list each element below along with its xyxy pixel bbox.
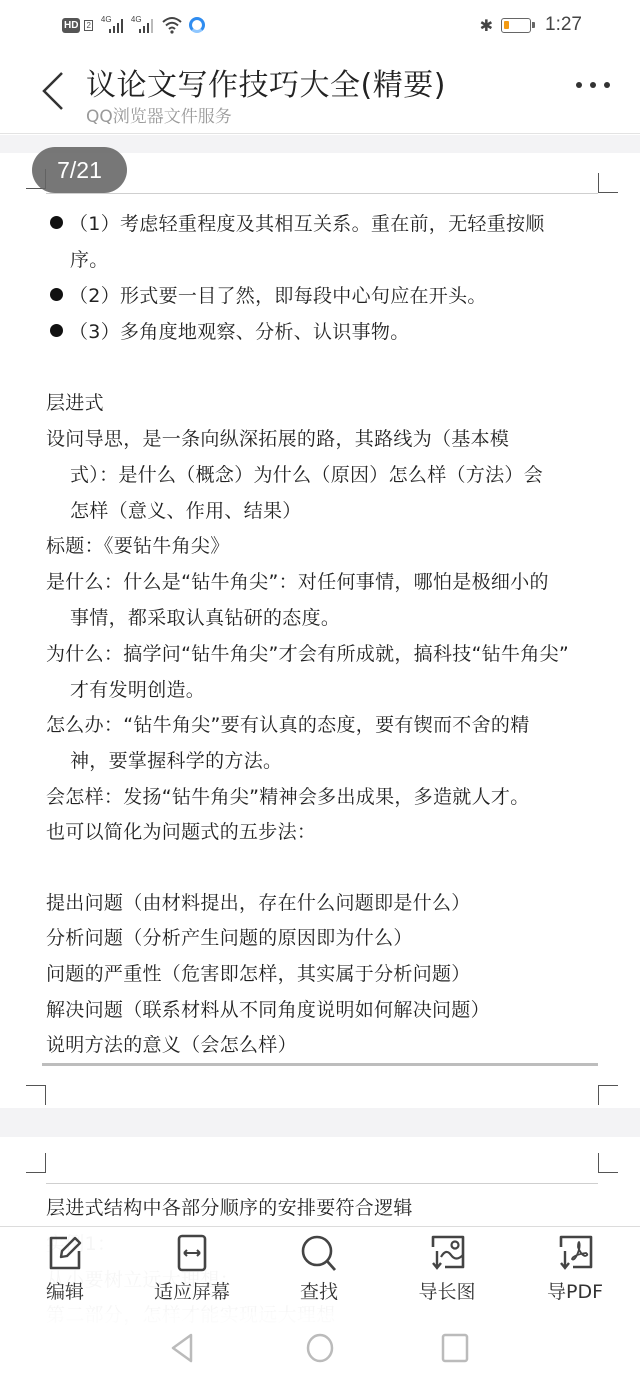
step-line: 解决问题（联系材料从不同角度说明如何解决问题） (46, 995, 490, 1022)
hd-icon: HD (62, 18, 80, 33)
export-pdf-button[interactable]: 导PDF (520, 1233, 630, 1304)
step-line: 分析问题（分析产生问题的原因即为什么） (46, 923, 413, 950)
fit-screen-icon (172, 1233, 212, 1273)
status-bar: HD 2 4G 4G ✱ 1:27 (0, 0, 640, 50)
page-corner-mark (26, 1085, 46, 1105)
more-dots-icon (576, 82, 582, 88)
battery-icon (501, 18, 531, 33)
paragraph-line: 设问导思，是一条向纵深拓展的路，其路线为（基本模 (46, 424, 509, 451)
page-corner-mark (598, 173, 618, 193)
bullet-icon (50, 216, 63, 229)
wifi-icon (161, 15, 183, 35)
page-indicator: 7/21 (32, 147, 127, 193)
status-left: HD 2 4G 4G (62, 14, 205, 36)
header-rule (46, 193, 598, 194)
search-button[interactable]: 查找 (264, 1233, 374, 1304)
step-line: 提出问题（由材料提出，存在什么问题即是什么） (46, 888, 471, 915)
signal-icon: 4G (101, 15, 127, 35)
search-icon (299, 1233, 339, 1273)
bullet-icon (50, 324, 63, 337)
bluetooth-icon: ✱ (480, 16, 493, 35)
sim-indicator: 2 (84, 20, 92, 31)
bullet-icon (50, 288, 63, 301)
paragraph-line: 是什么：什么是“钻牛角尖”：对任何事情，哪怕是极细小的 (46, 567, 549, 594)
edit-button[interactable]: 编辑 (10, 1233, 120, 1304)
document-page: （1）考虑轻重程度及其相互关系。重在前，无轻重按顺 序。 （2）形式要一目了然，… (0, 153, 640, 1108)
paragraph-line: 为什么：搞学问“钻牛角尖”才会有所成就，搞科技“钻牛角尖” (46, 639, 569, 666)
step-line: 问题的严重性（危害即怎样，其实属于分析问题） (46, 959, 471, 986)
nav-home-icon[interactable] (305, 1332, 335, 1364)
step-line: 说明方法的意义（会怎么样） (46, 1030, 297, 1057)
page-corner-mark (598, 1153, 618, 1173)
paragraph-line: 也可以简化为问题式的五步法： (46, 817, 316, 844)
section-heading: 层进式 (46, 388, 104, 415)
back-button[interactable] (38, 70, 68, 112)
footer-rule (42, 1063, 598, 1066)
paragraph-line: 会怎样：发扬“钻牛角尖”精神会多出成果，多造就人才。 (46, 782, 530, 809)
system-nav-bar (0, 1312, 640, 1386)
document-source: QQ浏览器文件服务 (86, 102, 232, 127)
bullet-item: （2）形式要一目了然，即每段中心句应在开头。 (50, 281, 487, 308)
document-viewer[interactable]: 7/21 （1）考虑轻重程度及其相互关系。重在前，无轻重按顺 序。 （2）形式要… (0, 135, 640, 1386)
paragraph-line: 怎么办：“钻牛角尖”要有认真的态度，要有锲而不舍的精 (46, 710, 530, 737)
paragraph-line: 才有发明创造。 (70, 675, 205, 702)
document-title: 议论文写作技巧大全(精要) (86, 60, 446, 104)
page-corner-mark (598, 1085, 618, 1105)
bullet-item: （1）考虑轻重程度及其相互关系。重在前，无轻重按顺 (50, 209, 545, 236)
status-right: ✱ 1:27 (480, 12, 582, 38)
paragraph-line: 事情，都采取认真钻研的态度。 (70, 603, 340, 630)
header-rule (46, 1183, 598, 1184)
fit-screen-button[interactable]: 适应屏幕 (137, 1233, 247, 1304)
paragraph-line: 怎样（意义、作用、结果） (70, 496, 302, 523)
export-long-image-icon (427, 1233, 467, 1273)
nav-recents-icon[interactable] (440, 1332, 470, 1364)
page-corner-mark (26, 1153, 46, 1173)
bottom-toolbar: 编辑 适应屏幕 查找 导长图 导PDF (0, 1226, 640, 1312)
bullet-item: （3）多角度地观察、分析、认识事物。 (50, 317, 410, 344)
more-options-button[interactable] (576, 82, 610, 88)
clock: 1:27 (545, 14, 582, 36)
paragraph-line: 式）：是什么（概念）为什么（原因）怎么样（方法）会 (70, 460, 543, 487)
app-header: 议论文写作技巧大全(精要) QQ浏览器文件服务 (0, 50, 640, 134)
qq-browser-icon (189, 17, 205, 33)
paragraph-line: 标题：《要钻牛角尖》 (46, 531, 230, 558)
signal-icon-2: 4G (131, 15, 157, 35)
edit-icon (45, 1233, 85, 1273)
nav-back-icon[interactable] (169, 1332, 197, 1364)
export-long-image-button[interactable]: 导长图 (392, 1233, 502, 1304)
paragraph-line: 神，要掌握科学的方法。 (70, 746, 282, 773)
paragraph-line: 层进式结构中各部分顺序的安排要符合逻辑 (46, 1193, 413, 1220)
bullet-item-cont: 序。 (70, 245, 109, 272)
export-pdf-icon (555, 1233, 595, 1273)
